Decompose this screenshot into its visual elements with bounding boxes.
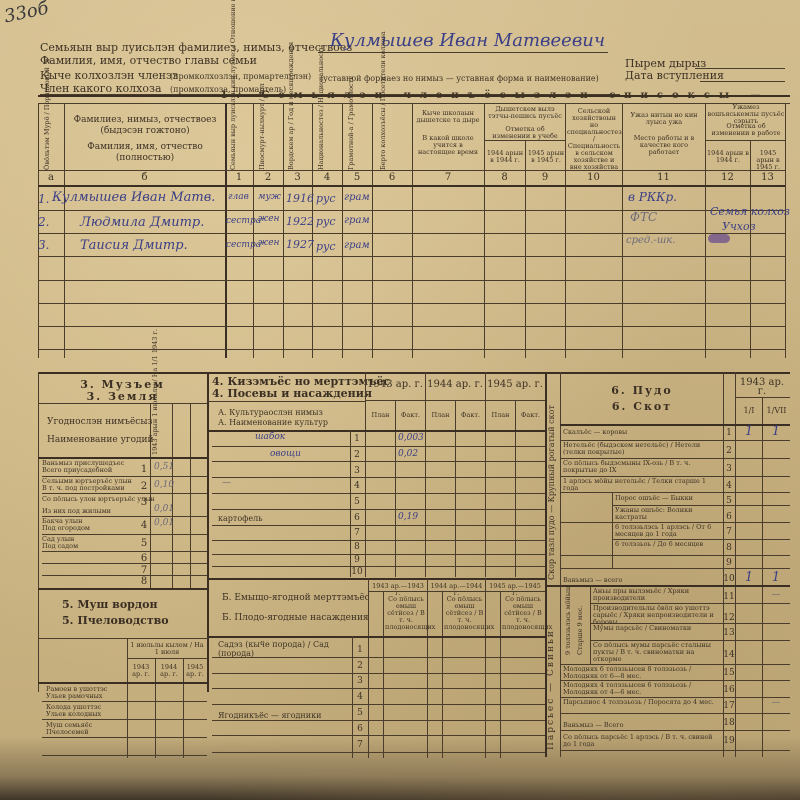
col-5-label: Грамотной-а / Грамотность <box>348 108 355 170</box>
kolkhoz-label-komi: Кыче колхозлэн членэз <box>40 70 178 82</box>
member-name: Таисия Дмитр. <box>80 238 188 253</box>
fact-label: Факт. <box>396 412 425 419</box>
member-change: Учхоз <box>722 220 756 233</box>
s6-pig-inner-v <box>590 585 591 664</box>
s1-v12 <box>622 103 623 358</box>
stock-row-num: 9 <box>723 558 735 568</box>
crop-name: картофель <box>218 514 263 523</box>
crops-sub-komi: А. Культураослэн нимыз <box>218 408 323 417</box>
col-b-label-ru: Фамилия, имя, отчество (полностью) <box>70 142 220 164</box>
land-year-col: 1943 арын 1 июльлы / На 1/1 1943 г. <box>152 405 159 455</box>
s1-v0 <box>38 103 39 358</box>
s1-row-line-5 <box>38 303 785 304</box>
pigs-side-label: Парсьёс — Свиньи <box>548 600 555 750</box>
bees-title-komi: 5. Муш вордон <box>62 598 158 611</box>
land-rule-6 <box>42 563 207 564</box>
pig-rule-7 <box>560 713 790 714</box>
s3-title-rule <box>38 403 208 404</box>
colnum-6: 6 <box>372 172 412 183</box>
colnum-1: 1 <box>225 172 253 183</box>
fruit-row-label: Садэз (кыӵе порода) / Сад (порода) <box>218 640 348 658</box>
s4b-v3 <box>485 578 486 758</box>
pigs-sub-label-1: 9 толэзьлэсь мӧйыш <box>565 595 572 655</box>
bees-col-group: 1 июльлы кылем / На 1 июля <box>128 642 206 656</box>
crops-year: 1944 ар. г. <box>426 380 484 389</box>
stock-row-label: Ваньмыз — Всего <box>563 722 721 729</box>
member-literacy: грам <box>344 192 370 203</box>
s5-title-rule <box>38 638 208 639</box>
col-4-label: Национальностез / Национальность <box>318 108 325 170</box>
s4b-sv1 <box>383 591 384 758</box>
pigs-sub-label-2: Старше 9 мес. <box>577 595 584 655</box>
land-row-num: 2 <box>138 481 150 492</box>
fruit-title-komi: Б. Емыщо-ягодной мерттэмъёс <box>222 594 370 603</box>
crop-rule-3 <box>212 477 545 478</box>
col-8-9-group-komi: Дышетскем вылэ тэтчы-пешись пусъёс <box>486 106 564 120</box>
colnum-5: 5 <box>342 172 372 183</box>
stock-year: 1943 ар. г. <box>736 378 788 396</box>
fruit-row-num: 1 <box>352 645 368 655</box>
stock-subcol: 1/I <box>736 407 762 414</box>
col-7-label-komi: Кыче школаын дышетске та дыре <box>414 110 482 124</box>
col-1-label: Семьяын выр луисьлэн кин луэмез / Отноше… <box>230 108 237 170</box>
s3-v2 <box>172 403 173 588</box>
land-row-value: 0,01 <box>154 518 174 528</box>
s1-v15 <box>785 103 786 358</box>
col-7-label-ru: В какой школе учится в настоящее время <box>414 135 482 156</box>
colnum-b: б <box>64 172 225 183</box>
pig-rule-8 <box>560 730 790 731</box>
member-sex: жен <box>258 214 280 224</box>
fruit-col-fruiting: Со пӧлысь емыш сётӥсез / В т. ч. плодоно… <box>502 596 544 631</box>
stock-row-label: Молоднях 4 толэзьысен 6 толэзьозь / Моло… <box>563 682 721 696</box>
s3-v3 <box>190 403 191 588</box>
stock-row-num: 10 <box>723 574 735 584</box>
col-9-label: 1945 арын в 1945 г. <box>527 150 565 164</box>
fruit-row-label: Ягодникъёс — ягодники <box>218 712 321 719</box>
land-row-num: 5 <box>138 538 150 549</box>
stock-subcol: 1/VII <box>763 407 790 414</box>
s4b-head-rule <box>207 636 545 638</box>
plan-label: План <box>366 412 395 419</box>
s1-v5 <box>312 103 313 358</box>
colnum-13: 13 <box>750 172 785 183</box>
fact-label: Факт. <box>516 412 545 419</box>
bees-title-ru: 5. Пчеловодство <box>62 614 169 627</box>
crop-rule-7 <box>212 540 545 541</box>
land-row-num: 1 <box>138 464 150 475</box>
section1-title-rule <box>38 103 790 104</box>
crop-fact-1943: 0,02 <box>398 449 418 459</box>
s1-row-line-2 <box>38 233 785 234</box>
fruit-col-fruiting: Со пӧлысь емыш сётӥсез / В т. ч. плодоно… <box>444 596 485 631</box>
fruit-title-ru: Б. Плодо-ягодные насаждения <box>222 614 369 623</box>
member-sex: муж <box>258 192 281 202</box>
colnum-10: 10 <box>565 172 622 183</box>
s1-v13 <box>705 103 706 358</box>
stock-row-num: 14 <box>723 650 735 660</box>
fruit-rule-4 <box>212 704 545 705</box>
stock-row-num: 17 <box>723 701 735 711</box>
member-born: 1916 <box>286 192 314 205</box>
crop-num: 5 <box>350 497 364 507</box>
stock-rule-9 <box>560 568 790 569</box>
fruit-rule-1 <box>212 657 545 658</box>
s1-v11 <box>565 103 566 358</box>
crops-sub-ru: А. Наименование культур <box>218 418 328 427</box>
plan-label: План <box>486 412 515 419</box>
head-label-ru: Фамилия, имя, отчество главы семьи <box>40 55 257 67</box>
land-row-ru: В т. ч. под постройками <box>42 485 125 492</box>
col-a-label: Ӧвӧльтэм Мурӧ / Порядковый № <box>44 110 51 170</box>
col-2-label: Пиосмурт-нылмурт / Пол <box>259 108 266 170</box>
s1-v1 <box>64 103 65 358</box>
member-nationality: рус <box>316 215 336 228</box>
stock-rule-4 <box>560 492 790 493</box>
stock-row-label: Ваньмыз — всего <box>563 577 622 584</box>
land-row-ru: Под огородом <box>42 525 90 532</box>
land-title-ru: 3. Земля <box>40 390 205 403</box>
stock-row-label: 1 арлэсь мӧйы нетельёс / Телки старше 1 … <box>563 478 718 492</box>
stock-row-num: 7 <box>723 527 735 537</box>
fruit-row-num: 6 <box>352 724 368 734</box>
stock-row-label: Молоднях 6 толэзьысен 8 толэзьозь / Моло… <box>563 666 721 680</box>
s5-head-rule <box>38 682 208 684</box>
member-relation: сестра <box>226 216 261 226</box>
charter-hint: (уставной формаез но нимыз — уставная фо… <box>320 74 599 83</box>
ink-blot <box>708 234 730 243</box>
colnum-3: 3 <box>283 172 312 183</box>
bees-year: 1945 ар. г. <box>184 664 206 678</box>
land-row-ru: Всего приусадебной <box>42 467 112 474</box>
entry-date-line-2 <box>700 81 785 82</box>
land-row-ru: Под садом <box>42 543 78 550</box>
head-underline <box>318 52 608 53</box>
colnum-8: 8 <box>484 172 525 183</box>
member-work: ФТС <box>630 210 657 224</box>
crop-num: 3 <box>350 466 364 476</box>
s4-bottom <box>207 578 545 580</box>
col-8-label: 1944 арын в 1944 г. <box>486 150 524 164</box>
member-work: сред.-шк. <box>626 235 675 246</box>
member-sex: жен <box>258 238 280 248</box>
s4b-year-rule <box>368 591 545 592</box>
stock-title-ru: 6. Скот <box>562 400 722 413</box>
member-name: Кулмышев Иван Матв. <box>52 190 215 205</box>
crop-rule-6 <box>212 525 545 526</box>
bees-rule-1 <box>42 701 207 702</box>
member-literacy: грам <box>344 240 370 251</box>
s4-title-rule <box>207 401 365 402</box>
s4b-sv2 <box>442 591 443 758</box>
member-no: 2. <box>38 215 49 229</box>
stock-row-num: 2 <box>723 446 735 456</box>
land-rule-5 <box>42 551 207 552</box>
stock-row-label: Парсьпиос 4 толэзьозь / Поросята до 4 ме… <box>563 699 721 706</box>
member-literacy: грам <box>344 215 370 226</box>
land-row-value: 0,51 <box>154 462 174 472</box>
stock-value-jul: — <box>763 590 789 600</box>
s1-v4 <box>283 103 284 358</box>
s4-v-plan43 <box>365 372 366 577</box>
bees-year: 1944 ар. г. <box>156 664 182 678</box>
member-born: 1927 <box>286 238 314 251</box>
s6-v-label <box>560 372 561 757</box>
crop-num: 2 <box>350 450 364 460</box>
land-row-num: 4 <box>138 520 150 531</box>
crops-year: 1943 ар. г. <box>366 380 424 389</box>
land-rule-2 <box>42 493 207 494</box>
member-nationality: рус <box>316 240 336 253</box>
s4-v-plan45 <box>485 372 486 577</box>
fruit-rule-5 <box>212 720 545 721</box>
crop-rule-1 <box>212 446 545 447</box>
member-nationality: рус <box>316 192 336 205</box>
stock-row-label: Мумы парсьёс / Свиноматки <box>593 625 721 632</box>
colnum-a: a <box>38 172 64 183</box>
crop-name: шабок <box>255 432 285 442</box>
land-row-num: 8 <box>138 576 150 587</box>
crop-num: 8 <box>350 542 364 552</box>
col-3-label: Вордскем ар / Год и месяц рождения <box>288 108 295 170</box>
colnum-9: 9 <box>525 172 565 183</box>
fruit-rule-6 <box>212 735 545 736</box>
crop-num: 4 <box>350 481 364 491</box>
fruit-row-num: 7 <box>352 740 368 750</box>
stock-value-jul: 1 <box>763 424 789 439</box>
col-12-13-group-ru: Отметка об изменении в работе <box>707 123 785 137</box>
stock-row-num: 3 <box>723 464 735 474</box>
s1-row-line-4 <box>38 280 785 281</box>
stock-row-label: 6 толэзьоь / До 6 месяцев <box>615 541 720 548</box>
stock-row-num: 1 <box>723 428 735 438</box>
s1-v7 <box>372 103 373 358</box>
cattle-side-label: Скор тазл пудо — Крупный рогатый скот <box>548 380 555 580</box>
col-11-label-komi: Ужаз нитын но кин луыса ужа <box>624 112 704 126</box>
s1-v2 <box>225 103 227 358</box>
stock-row-label: Со пӧлысь парсьёс 1 арлэсь / В т. ч. сви… <box>563 734 721 748</box>
stock-value-jan: 1 <box>736 424 762 439</box>
stock-row-num: 18 <box>723 718 735 728</box>
stock-row-num: 16 <box>723 685 735 695</box>
stock-row-num: 19 <box>723 736 735 746</box>
crop-rule-8 <box>212 554 545 555</box>
s6-inner-v <box>612 492 613 568</box>
head-label-komi: Семьяын выр луисьлэн фамилиез, нимыз, от… <box>40 42 352 54</box>
crop-num: 7 <box>350 528 364 538</box>
col-12-label: 1944 арын в 1944 г. <box>707 150 749 164</box>
stock-row-label: Со пӧлысь мумы парсьёс сталыны пукты / В… <box>593 642 721 663</box>
head-name-value: Кулмышев Иван Матвеевич <box>330 30 605 51</box>
bees-rule-4 <box>42 755 207 756</box>
s1-row-line-6 <box>38 326 785 327</box>
member-no: 3. <box>38 238 49 252</box>
stock-row-label: Ужаны ошъёс: Волики кастраты <box>615 507 720 521</box>
s1-v3 <box>253 103 254 358</box>
s5-group-rule <box>127 658 207 659</box>
s4-v-plan44 <box>425 372 426 577</box>
crop-rule-4 <box>212 493 545 494</box>
s1-row-line-3 <box>38 256 785 257</box>
crop-rule-2 <box>212 461 545 462</box>
colnum-12: 12 <box>705 172 750 183</box>
land-col-komi: Угоднослэн нимъёсыз <box>47 418 152 427</box>
s3-left <box>38 372 39 692</box>
member-born: 1922 <box>286 215 314 228</box>
s4b-v1 <box>368 578 369 758</box>
stock-row-num: 13 <box>723 628 735 638</box>
fruit-row-num: 3 <box>352 676 368 686</box>
plan-label: План <box>426 412 455 419</box>
crop-fact-1943: 0,003 <box>398 433 424 443</box>
s4-v-fact43 <box>395 400 396 577</box>
member-change: Семья колхоз <box>710 205 790 218</box>
crop-num: 9 <box>350 555 364 565</box>
fruit-rule-7 <box>212 752 545 753</box>
s1-v9 <box>484 103 485 358</box>
s1-v6 <box>342 103 343 358</box>
stock-row-num: 8 <box>723 543 735 553</box>
stock-row-label: Порос ошъёс — Быкки <box>615 495 720 502</box>
stock-row-num: 12 <box>723 613 735 623</box>
bees-row-ru: Ульев рамочных <box>46 693 102 700</box>
fruit-row-num: 2 <box>352 661 368 671</box>
crops-year: 1945 ар. г. <box>486 380 544 389</box>
col-10-label: Сельской хозяйствоын но специальностез /… <box>567 108 621 171</box>
stock-value-jul: — <box>763 698 789 708</box>
col-6-label: Берто колхозъёсы / Посетители колхоза <box>380 108 387 170</box>
stock-row-num: 15 <box>723 668 735 678</box>
col-12-13-split <box>705 140 785 141</box>
colnum-2: 2 <box>253 172 283 183</box>
crops-title-ru: 4. Посевы и насаждения <box>212 388 372 400</box>
s4b-sv3 <box>500 591 501 758</box>
crop-num: 6 <box>350 513 364 523</box>
member-relation: сестра <box>226 240 261 250</box>
s3-bottom <box>38 588 208 590</box>
stock-row-num: 11 <box>723 592 735 602</box>
col-11-label-ru: Место работы и в качестве кого работает <box>624 135 704 156</box>
s3-right <box>207 372 209 692</box>
stock-rule-8 <box>560 555 790 556</box>
crop-rule-5 <box>212 509 545 510</box>
colnum-top <box>38 170 785 171</box>
bees-row-ru: Ульев колодных <box>46 711 101 718</box>
fruit-row-num: 4 <box>352 692 368 702</box>
land-row-num: 3 <box>138 497 150 508</box>
bees-year: 1943 ар. г. <box>128 664 154 678</box>
fruit-row-num: 5 <box>352 708 368 718</box>
s1-row-line-1 <box>38 210 785 211</box>
fact-label: Факт. <box>456 412 485 419</box>
colnum-bottom <box>38 185 785 187</box>
s4-v-fact44 <box>455 400 456 577</box>
crop-name: — <box>222 478 231 488</box>
colnum-4: 4 <box>312 172 342 183</box>
col-13-label: 1945 арын в 1945 г. <box>751 150 785 171</box>
s4-v-fact45 <box>515 400 516 577</box>
land-row-ru: Из них под жилыми <box>42 508 111 515</box>
stock-row-num: 6 <box>723 512 735 522</box>
stock-row-label: Аньы пры вылэмьёс / Хряки производители <box>593 588 721 602</box>
member-no: 1. <box>38 192 49 206</box>
colnum-7: 7 <box>412 172 484 183</box>
land-row-value: 0,10 <box>154 480 174 490</box>
stock-row-num: 4 <box>723 481 735 491</box>
bees-rule-2 <box>42 719 207 720</box>
pig-rule-9 <box>560 750 790 751</box>
s5-v1 <box>127 638 128 758</box>
member-relation: глав <box>228 192 249 202</box>
bees-rule-3 <box>42 737 207 738</box>
bees-row-ru: Пчелосемей <box>46 729 89 736</box>
land-row-value: 0,01 <box>154 504 174 514</box>
stock-row-label: Нетельёс (быдэскем нетельёс) / Нетели (т… <box>563 442 718 456</box>
stock-row-label: 6 толэзьлэсь 1 арлэсь / От 6 месяцев до … <box>615 524 720 538</box>
stock-value-jul: 1 <box>763 570 789 585</box>
col-8-9-split <box>484 140 565 141</box>
s4b-v2 <box>427 578 428 758</box>
stock-row-label: Со пӧлысь быдэсмыны IX-озь / В т. ч. пок… <box>563 460 718 474</box>
land-col-ru: Наименование угодий <box>47 436 154 445</box>
stock-value-jan: 1 <box>736 570 762 585</box>
crop-rule-9 <box>212 566 545 567</box>
crop-name: овощи <box>270 449 301 459</box>
fruit-rule-2 <box>212 673 545 674</box>
fruit-rule-3 <box>212 688 545 689</box>
colnum-11: 11 <box>622 172 705 183</box>
crop-fact-1943: 0,19 <box>398 512 418 522</box>
crop-num: 10 <box>350 567 364 577</box>
col-b-label-komi: Фамилиез, нимыз, отчествоез (быдэсэн гож… <box>70 115 220 137</box>
member-work: в РККр. <box>628 190 677 204</box>
stock-title-komi: 6. Пудо <box>562 384 722 397</box>
stock-row-label: Скалъёс — коровы <box>563 429 627 436</box>
land-rule-7 <box>42 575 207 576</box>
crop-num: 1 <box>350 434 364 444</box>
s1-v8 <box>412 103 413 358</box>
fruit-col-fruiting: Со пӧлысь емыш сётӥсез / В т. ч. плодоно… <box>385 596 427 631</box>
col-8-9-group-ru: Отметка об изменении в учебе <box>486 126 564 140</box>
member-name: Людмила Дмитр. <box>80 215 204 230</box>
